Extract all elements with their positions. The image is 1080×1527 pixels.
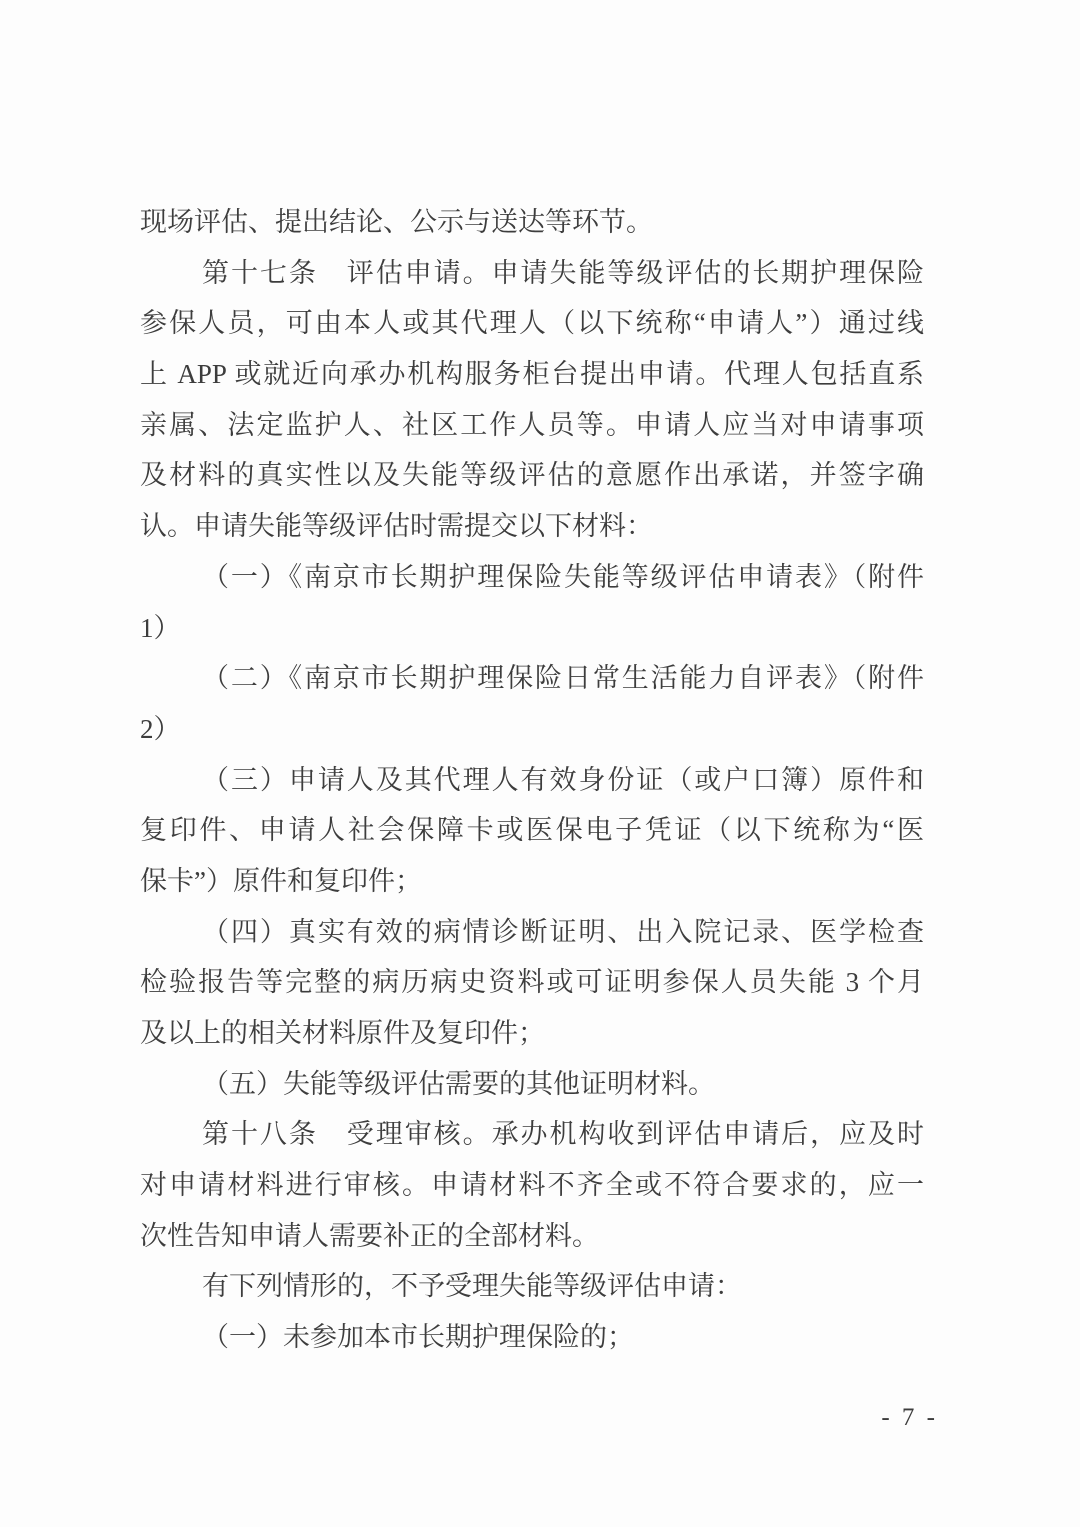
text-line: 第十八条 受理审核。承办机构收到评估申请后，应及时 — [140, 1109, 924, 1160]
text-line: 有下列情形的，不予受理失能等级评估申请： — [140, 1261, 924, 1312]
page-number: - 7 - — [881, 1404, 938, 1432]
text-line: （二）《南京市长期护理保险日常生活能力自评表》（附件 — [140, 653, 924, 704]
text-line: 第十七条 评估申请。申请失能等级评估的长期护理保险 — [140, 248, 924, 299]
text-line: 亲属、法定监护人、社区工作人员等。申请人应当对申请事项 — [140, 400, 924, 451]
text-line: 复印件、申请人社会保障卡或医保电子凭证（以下统称为“医 — [140, 805, 924, 856]
text-line: 2） — [140, 704, 924, 755]
text-line: 现场评估、提出结论、公示与送达等环节。 — [140, 197, 924, 248]
text-line: （三）申请人及其代理人有效身份证（或户口簿）原件和 — [140, 755, 924, 806]
text-line: 次性告知申请人需要补正的全部材料。 — [140, 1211, 924, 1262]
text-line: （一）《南京市长期护理保险失能等级评估申请表》（附件 — [140, 552, 924, 603]
text-line: 1） — [140, 603, 924, 654]
text-line: 对申请材料进行审核。申请材料不齐全或不符合要求的，应一 — [140, 1160, 924, 1211]
document-page: 现场评估、提出结论、公示与送达等环节。第十七条 评估申请。申请失能等级评估的长期… — [0, 0, 1080, 1527]
text-line: （五）失能等级评估需要的其他证明材料。 — [140, 1059, 924, 1110]
document-body: 现场评估、提出结论、公示与送达等环节。第十七条 评估申请。申请失能等级评估的长期… — [140, 197, 924, 1363]
text-line: 及材料的真实性以及失能等级评估的意愿作出承诺，并签字确 — [140, 450, 924, 501]
text-line: 保卡”）原件和复印件； — [140, 856, 924, 907]
text-line: 检验报告等完整的病历病史资料或可证明参保人员失能 3 个月 — [140, 957, 924, 1008]
text-line: 及以上的相关材料原件及复印件； — [140, 1008, 924, 1059]
text-line: （四）真实有效的病情诊断证明、出入院记录、医学检查 — [140, 907, 924, 958]
text-line: 认。申请失能等级评估时需提交以下材料： — [140, 501, 924, 552]
text-line: （一）未参加本市长期护理保险的； — [140, 1312, 924, 1363]
text-line: 上 APP 或就近向承办机构服务柜台提出申请。代理人包括直系 — [140, 349, 924, 400]
text-line: 参保人员，可由本人或其代理人（以下统称“申请人”）通过线 — [140, 298, 924, 349]
